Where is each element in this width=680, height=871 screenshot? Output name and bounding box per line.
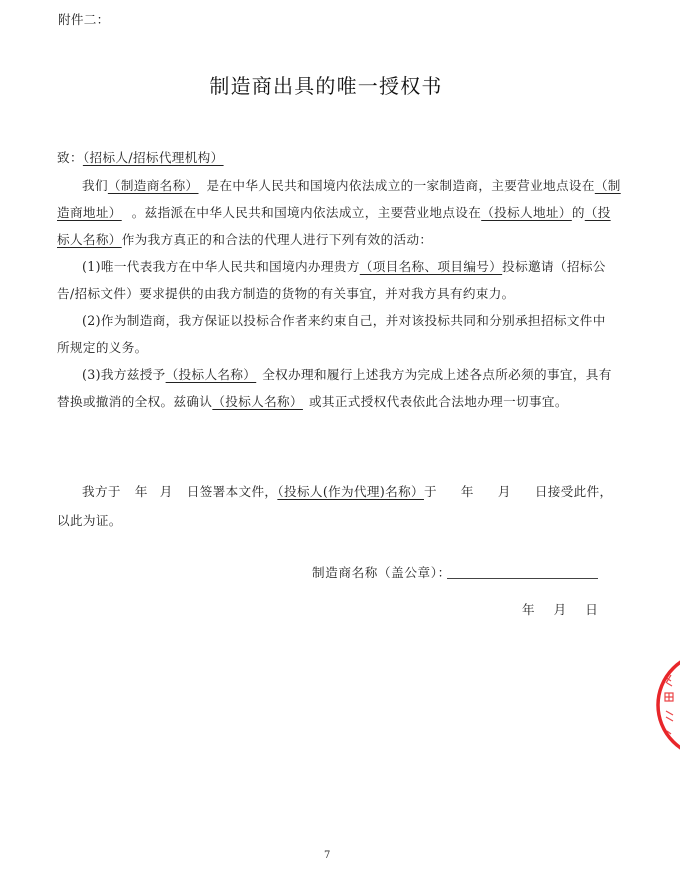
clause3-line1: (3)我方兹授予（投标人名称）全权办理和履行上述我方为完成上述各点所必须的事宜，… <box>82 367 612 383</box>
date-month: 月 <box>554 602 567 618</box>
text: 或其正式授权代表依此合法地办理一切事宜。 <box>309 394 568 409</box>
bidder-address-field: （投标人地址） <box>481 205 572 220</box>
clause3-line2: 替换或撤消的全权。兹确认（投标人名称）或其正式授权代表依此合法地办理一切事宜。 <box>57 394 568 410</box>
page-number: 7 <box>324 850 330 862</box>
manufacturer-address-field-part2: 造商地址） <box>57 205 122 220</box>
clause1-line1: (1)唯一代表我方在中华人民共和国境内办理贵方（项目名称、项目编号）投标邀请（招… <box>82 259 606 275</box>
signature-label: 制造商名称（盖公章）： <box>312 565 451 581</box>
company-seal-icon <box>655 655 680 755</box>
addressee-prefix: 致： <box>57 150 83 165</box>
text: 作为我方真正的和合法的代理人进行下列有效的活动： <box>122 232 433 247</box>
text: 月 <box>160 484 173 499</box>
text: 日签署本文件， <box>187 484 278 499</box>
bidder-name-field: （投标人名称） <box>166 367 257 382</box>
paragraph1-line3: 标人名称）作为我方真正的和合法的代理人进行下列有效的活动： <box>57 232 432 248</box>
text: 我方于 <box>82 484 121 499</box>
signature-underline <box>447 578 598 579</box>
bidder-name-field-part2: 标人名称） <box>57 232 122 247</box>
agent-name-field: （投标人(作为代理)名称） <box>277 484 424 499</box>
text: 年 <box>461 484 474 499</box>
text: 日接受此件， <box>535 484 613 499</box>
text: 我们 <box>82 178 108 193</box>
manufacturer-address-field-part1: （制 <box>595 178 621 193</box>
addressee-line: 致：（招标人/招标代理机构） <box>57 150 224 166</box>
date-year: 年 <box>522 602 535 618</box>
text: (1)唯一代表我方在中华人民共和国境内办理贵方 <box>82 259 360 274</box>
clause2-line1: (2)作为制造商，我方保证以投标合作者来约束自己，并对该投标共同和分别承担招标文… <box>82 313 606 329</box>
text: 月 <box>498 484 511 499</box>
clause2-line2: 所规定的义务。 <box>57 340 148 356</box>
text: 的 <box>572 205 585 220</box>
text: (3)我方兹授予 <box>82 367 166 382</box>
signing-line1: 我方于年月日签署本文件，（投标人(作为代理)名称）于年月日接受此件， <box>82 484 613 500</box>
signature-date: 年月日 <box>522 602 598 618</box>
text: 投标邀请（招标公 <box>502 259 606 274</box>
paragraph1-line2: 造商地址）。兹指派在中华人民共和国境内依法成立，主要营业地点设在（投标人地址）的… <box>57 205 611 221</box>
text: 是在中华人民共和国境内依法成立的一家制造商，主要营业地点设在 <box>207 178 595 193</box>
text: 年 <box>135 484 148 499</box>
text: 于 <box>424 484 437 499</box>
document-page: 附件二： 制造商出具的唯一授权书 致：（招标人/招标代理机构） 我们（制造商名称… <box>0 0 680 871</box>
annex-label: 附件二： <box>58 12 110 28</box>
addressee-placeholder: （招标人/招标代理机构） <box>83 150 224 165</box>
date-day: 日 <box>585 602 598 618</box>
manufacturer-name-field: （制造商名称） <box>108 178 199 193</box>
text: 。兹指派在中华人民共和国境内依法成立，主要营业地点设在 <box>132 205 481 220</box>
clause1-line2: 告/招标文件）要求提供的由我方制造的货物的有关事宜，并对我方具有约束力。 <box>57 286 515 302</box>
bidder-name-field-2: （投标人名称） <box>212 394 303 409</box>
signing-line2: 以此为证。 <box>57 513 122 529</box>
text: 替换或撤消的全权。兹确认 <box>57 394 212 409</box>
project-field: （项目名称、项目编号） <box>360 259 502 274</box>
document-title: 制造商出具的唯一授权书 <box>0 73 652 99</box>
bidder-name-field-part1: （投 <box>585 205 611 220</box>
text: 全权办理和履行上述我方为完成上述各点所必须的事宜，具有 <box>262 367 611 382</box>
paragraph1-line1: 我们（制造商名称）是在中华人民共和国境内依法成立的一家制造商，主要营业地点设在（… <box>82 178 621 194</box>
